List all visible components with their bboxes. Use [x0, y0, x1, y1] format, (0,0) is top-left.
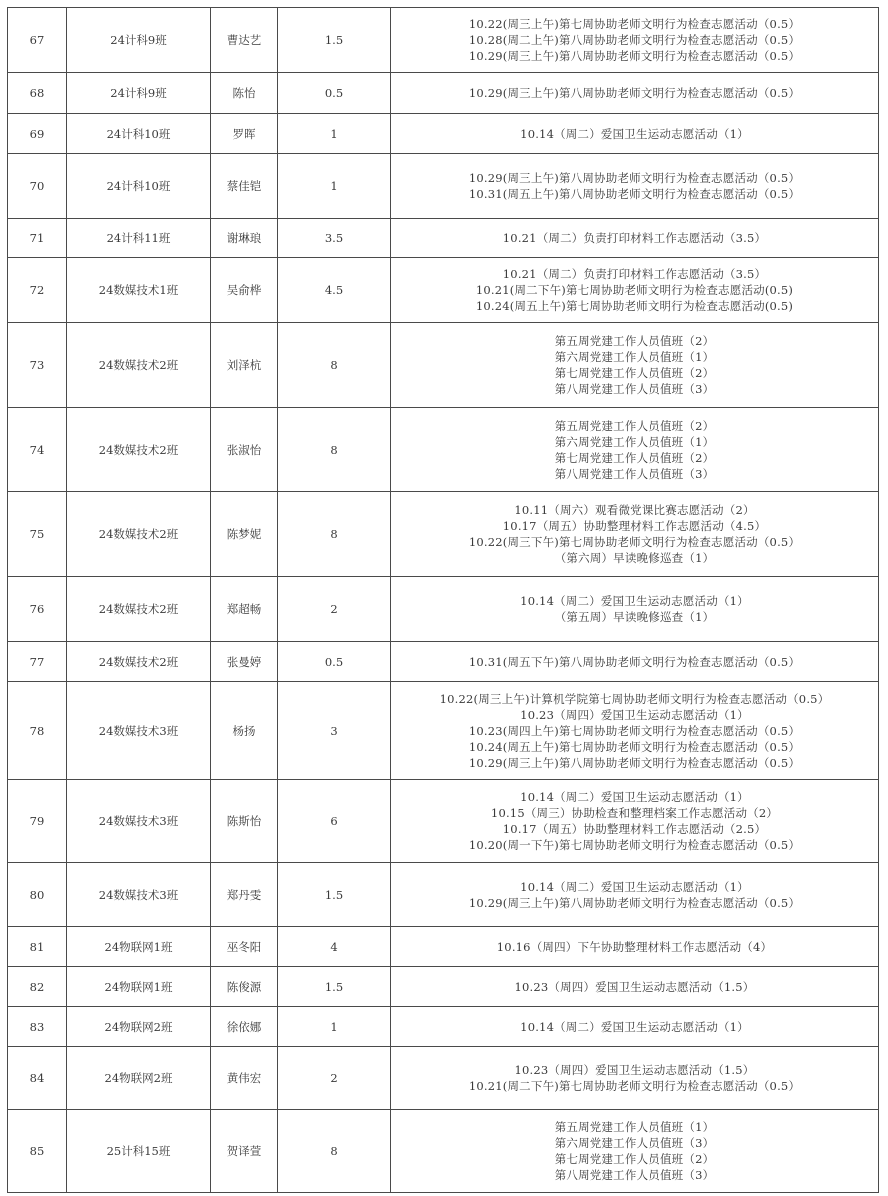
- hours-cell: 4: [278, 927, 391, 967]
- row-number: 73: [30, 358, 45, 372]
- student-name-cell: 黄伟宏: [211, 1047, 278, 1110]
- student-name-cell: 郑超畅: [211, 577, 278, 642]
- class-name: 24物联网2班: [105, 1071, 173, 1085]
- hours-cell: 8: [278, 323, 391, 408]
- volunteer-hours: 3: [330, 724, 337, 738]
- volunteer-hours: 1: [330, 179, 337, 193]
- activities-cell: 10.29(周三上午)第八周协助老师文明行为检查志愿活动（0.5）: [391, 73, 879, 114]
- activity-entry: 第八周党建工作人员值班（3）: [391, 466, 878, 482]
- activities-cell: 10.14（周二）爱国卫生运动志愿活动（1）10.15（周三）协助检查和整理档案…: [391, 780, 879, 863]
- row-number: 84: [30, 1071, 45, 1085]
- student-name: 郑丹雯: [227, 888, 262, 902]
- activities-cell: 10.22(周三上午)第七周协助老师文明行为检查志愿活动（0.5）10.28(周…: [391, 8, 879, 73]
- hours-cell: 2: [278, 1047, 391, 1110]
- class-cell: 24计科9班: [67, 73, 211, 114]
- student-name: 吴俞桦: [227, 283, 262, 297]
- class-cell: 24数媒技术2班: [67, 642, 211, 682]
- row-number-cell: 85: [8, 1110, 67, 1193]
- activity-entry: 10.29(周三上午)第八周协助老师文明行为检查志愿活动（0.5）: [391, 755, 878, 771]
- student-name-cell: 杨扬: [211, 682, 278, 780]
- volunteer-hours: 1: [330, 1020, 337, 1034]
- student-name-cell: 徐依娜: [211, 1007, 278, 1047]
- hours-cell: 1: [278, 1007, 391, 1047]
- row-number-cell: 84: [8, 1047, 67, 1110]
- activity-entry: 10.29(周三上午)第八周协助老师文明行为检查志愿活动（0.5）: [391, 895, 878, 911]
- volunteer-hours: 1.5: [325, 980, 343, 994]
- row-number: 79: [30, 814, 45, 828]
- row-number: 72: [30, 283, 45, 297]
- row-number: 85: [30, 1144, 45, 1158]
- activity-entry: 10.31(周五下午)第八周协助老师文明行为检查志愿活动（0.5）: [391, 654, 878, 670]
- volunteer-hours: 0.5: [325, 655, 343, 669]
- row-number: 69: [30, 127, 45, 141]
- row-number: 76: [30, 602, 45, 616]
- activity-entry: 10.14（周二）爱国卫生运动志愿活动（1）: [391, 879, 878, 895]
- hours-cell: 0.5: [278, 642, 391, 682]
- volunteer-hours-table: 67 24计科9班 曹达艺 1.5 10.22(周三上午)第七周协助老师文明行为…: [7, 7, 879, 1193]
- activity-entry: 10.11（周六）观看微党课比赛志愿活动（2）: [391, 502, 878, 518]
- class-cell: 24计科10班: [67, 154, 211, 219]
- volunteer-hours: 1: [330, 127, 337, 141]
- row-number-cell: 77: [8, 642, 67, 682]
- activity-entry: 第五周党建工作人员值班（2）: [391, 333, 878, 349]
- hours-cell: 8: [278, 408, 391, 492]
- table-row: 73 24数媒技术2班 刘泽杭 8 第五周党建工作人员值班（2）第六周党建工作人…: [8, 323, 879, 408]
- class-name: 24数媒技术2班: [99, 655, 178, 669]
- activity-entry: 10.17（周五）协助整理材料工作志愿活动（4.5）: [391, 518, 878, 534]
- activity-entry: 10.23（周四）爱国卫生运动志愿活动（1.5）: [391, 1062, 878, 1078]
- student-name-cell: 陈斯怡: [211, 780, 278, 863]
- row-number-cell: 70: [8, 154, 67, 219]
- activities-cell: 10.22(周三上午)计算机学院第七周协助老师文明行为检查志愿活动（0.5）10…: [391, 682, 879, 780]
- hours-cell: 4.5: [278, 258, 391, 323]
- class-cell: 24数媒技术2班: [67, 577, 211, 642]
- student-name-cell: 贺译萱: [211, 1110, 278, 1193]
- volunteer-hours: 6: [330, 814, 337, 828]
- class-name: 24计科9班: [110, 86, 166, 100]
- row-number: 71: [30, 231, 45, 245]
- class-cell: 24数媒技术3班: [67, 682, 211, 780]
- activity-entry: 10.29(周三上午)第八周协助老师文明行为检查志愿活动（0.5）: [391, 170, 878, 186]
- class-cell: 24数媒技术2班: [67, 492, 211, 577]
- student-name: 谢琳琅: [227, 231, 262, 245]
- class-cell: 24物联网1班: [67, 927, 211, 967]
- activity-entry: 10.24(周五上午)第七周协助老师文明行为检查志愿活动(0.5): [391, 298, 878, 314]
- volunteer-hours: 1.5: [325, 888, 343, 902]
- row-number-cell: 69: [8, 114, 67, 154]
- class-cell: 24计科9班: [67, 8, 211, 73]
- activities-cell: 10.14（周二）爱国卫生运动志愿活动（1）: [391, 1007, 879, 1047]
- table-row: 80 24数媒技术3班 郑丹雯 1.5 10.14（周二）爱国卫生运动志愿活动（…: [8, 863, 879, 927]
- student-name-cell: 谢琳琅: [211, 219, 278, 258]
- row-number-cell: 74: [8, 408, 67, 492]
- student-name: 陈俊源: [227, 980, 262, 994]
- activity-entry: 第七周党建工作人员值班（2）: [391, 450, 878, 466]
- student-name-cell: 陈怡: [211, 73, 278, 114]
- table-row: 83 24物联网2班 徐依娜 1 10.14（周二）爱国卫生运动志愿活动（1）: [8, 1007, 879, 1047]
- activity-entry: 10.14（周二）爱国卫生运动志愿活动（1）: [391, 789, 878, 805]
- hours-cell: 1: [278, 114, 391, 154]
- table-row: 84 24物联网2班 黄伟宏 2 10.23（周四）爱国卫生运动志愿活动（1.5…: [8, 1047, 879, 1110]
- activity-entry: 10.24(周五上午)第七周协助老师文明行为检查志愿活动（0.5）: [391, 739, 878, 755]
- class-name: 24数媒技术2班: [99, 358, 178, 372]
- student-name: 郑超畅: [227, 602, 262, 616]
- table-row: 67 24计科9班 曹达艺 1.5 10.22(周三上午)第七周协助老师文明行为…: [8, 8, 879, 73]
- student-name-cell: 陈俊源: [211, 967, 278, 1007]
- activity-entry: 10.16（周四）下午协助整理材料工作志愿活动（4）: [391, 939, 878, 955]
- activity-entry: 10.23（周四）爱国卫生运动志愿活动（1.5）: [391, 979, 878, 995]
- class-name: 24数媒技术3班: [99, 724, 178, 738]
- class-name: 24数媒技术2班: [99, 443, 178, 457]
- table-row: 79 24数媒技术3班 陈斯怡 6 10.14（周二）爱国卫生运动志愿活动（1）…: [8, 780, 879, 863]
- volunteer-hours: 2: [330, 602, 337, 616]
- table-row: 78 24数媒技术3班 杨扬 3 10.22(周三上午)计算机学院第七周协助老师…: [8, 682, 879, 780]
- activity-entry: （第五周）早读晚修巡查（1）: [391, 609, 878, 625]
- student-name: 徐依娜: [227, 1020, 262, 1034]
- volunteer-hours: 3.5: [325, 231, 343, 245]
- student-name: 罗晖: [233, 127, 256, 141]
- activities-cell: 10.23（周四）爱国卫生运动志愿活动（1.5）: [391, 967, 879, 1007]
- table-row: 71 24计科11班 谢琳琅 3.5 10.21（周二）负责打印材料工作志愿活动…: [8, 219, 879, 258]
- activity-entry: 10.22(周三上午)第七周协助老师文明行为检查志愿活动（0.5）: [391, 16, 878, 32]
- hours-cell: 3: [278, 682, 391, 780]
- row-number: 80: [30, 888, 45, 902]
- activities-cell: 第五周党建工作人员值班（2）第六周党建工作人员值班（1）第七周党建工作人员值班（…: [391, 408, 879, 492]
- student-name-cell: 陈梦妮: [211, 492, 278, 577]
- class-cell: 25计科15班: [67, 1110, 211, 1193]
- row-number-cell: 73: [8, 323, 67, 408]
- student-name: 贺译萱: [227, 1144, 262, 1158]
- volunteer-hours: 1.5: [325, 33, 343, 47]
- row-number-cell: 67: [8, 8, 67, 73]
- row-number: 78: [30, 724, 45, 738]
- row-number-cell: 81: [8, 927, 67, 967]
- activity-entry: 10.21（周二）负责打印材料工作志愿活动（3.5）: [391, 230, 878, 246]
- class-cell: 24数媒技术2班: [67, 408, 211, 492]
- activities-cell: 10.14（周二）爱国卫生运动志愿活动（1）10.29(周三上午)第八周协助老师…: [391, 863, 879, 927]
- activity-entry: 第六周党建工作人员值班（3）: [391, 1135, 878, 1151]
- class-cell: 24物联网2班: [67, 1047, 211, 1110]
- row-number: 77: [30, 655, 45, 669]
- student-name-cell: 郑丹雯: [211, 863, 278, 927]
- student-name-cell: 张曼婷: [211, 642, 278, 682]
- activities-cell: 10.21（周二）负责打印材料工作志愿活动（3.5）: [391, 219, 879, 258]
- activity-entry: 10.14（周二）爱国卫生运动志愿活动（1）: [391, 593, 878, 609]
- activities-cell: 第五周党建工作人员值班（1）第六周党建工作人员值班（3）第七周党建工作人员值班（…: [391, 1110, 879, 1193]
- activity-entry: 10.28(周二上午)第八周协助老师文明行为检查志愿活动（0.5）: [391, 32, 878, 48]
- activity-entry: 10.29(周三上午)第八周协助老师文明行为检查志愿活动（0.5）: [391, 48, 878, 64]
- activity-entry: 第六周党建工作人员值班（1）: [391, 434, 878, 450]
- row-number-cell: 72: [8, 258, 67, 323]
- student-name: 陈怡: [233, 86, 256, 100]
- activity-entry: 10.23（周四）爱国卫生运动志愿活动（1）: [391, 707, 878, 723]
- class-cell: 24物联网2班: [67, 1007, 211, 1047]
- activity-entry: 10.22(周三上午)计算机学院第七周协助老师文明行为检查志愿活动（0.5）: [391, 691, 878, 707]
- class-cell: 24数媒技术1班: [67, 258, 211, 323]
- table-row: 76 24数媒技术2班 郑超畅 2 10.14（周二）爱国卫生运动志愿活动（1）…: [8, 577, 879, 642]
- row-number: 83: [30, 1020, 45, 1034]
- table-row: 75 24数媒技术2班 陈梦妮 8 10.11（周六）观看微党课比赛志愿活动（2…: [8, 492, 879, 577]
- row-number: 68: [30, 86, 45, 100]
- class-name: 25计科15班: [107, 1144, 171, 1158]
- class-name: 24计科9班: [110, 33, 166, 47]
- hours-cell: 2: [278, 577, 391, 642]
- student-name-cell: 吴俞桦: [211, 258, 278, 323]
- hours-cell: 1.5: [278, 863, 391, 927]
- activities-cell: 10.11（周六）观看微党课比赛志愿活动（2）10.17（周五）协助整理材料工作…: [391, 492, 879, 577]
- activities-cell: 10.29(周三上午)第八周协助老师文明行为检查志愿活动（0.5）10.31(周…: [391, 154, 879, 219]
- activity-entry: 10.14（周二）爱国卫生运动志愿活动（1）: [391, 1019, 878, 1035]
- class-cell: 24数媒技术2班: [67, 323, 211, 408]
- class-cell: 24物联网1班: [67, 967, 211, 1007]
- student-name-cell: 张淑怡: [211, 408, 278, 492]
- hours-cell: 0.5: [278, 73, 391, 114]
- activity-entry: 10.21（周二）负责打印材料工作志愿活动（3.5）: [391, 266, 878, 282]
- activity-entry: 10.15（周三）协助检查和整理档案工作志愿活动（2）: [391, 805, 878, 821]
- student-name: 巫冬阳: [227, 940, 262, 954]
- activity-entry: 10.23(周四上午)第七周协助老师文明行为检查志愿活动（0.5）: [391, 723, 878, 739]
- volunteer-hours: 8: [330, 527, 337, 541]
- student-name: 陈斯怡: [227, 814, 262, 828]
- row-number: 81: [30, 940, 45, 954]
- student-name-cell: 曹达艺: [211, 8, 278, 73]
- activity-entry: 第七周党建工作人员值班（2）: [391, 1151, 878, 1167]
- hours-cell: 1.5: [278, 8, 391, 73]
- student-name-cell: 蔡佳铠: [211, 154, 278, 219]
- row-number-cell: 83: [8, 1007, 67, 1047]
- activities-cell: 第五周党建工作人员值班（2）第六周党建工作人员值班（1）第七周党建工作人员值班（…: [391, 323, 879, 408]
- activities-cell: 10.23（周四）爱国卫生运动志愿活动（1.5）10.21(周二下午)第七周协助…: [391, 1047, 879, 1110]
- activity-entry: 10.20(周一下午)第七周协助老师文明行为检查志愿活动（0.5）: [391, 837, 878, 853]
- activity-entry: 第五周党建工作人员值班（2）: [391, 418, 878, 434]
- row-number-cell: 79: [8, 780, 67, 863]
- student-name: 张曼婷: [227, 655, 262, 669]
- hours-cell: 6: [278, 780, 391, 863]
- class-name: 24计科11班: [107, 231, 171, 245]
- row-number: 67: [30, 33, 45, 47]
- activities-cell: 10.16（周四）下午协助整理材料工作志愿活动（4）: [391, 927, 879, 967]
- table-row: 70 24计科10班 蔡佳铠 1 10.29(周三上午)第八周协助老师文明行为检…: [8, 154, 879, 219]
- hours-cell: 1: [278, 154, 391, 219]
- class-name: 24数媒技术1班: [99, 283, 178, 297]
- activity-entry: 10.29(周三上午)第八周协助老师文明行为检查志愿活动（0.5）: [391, 85, 878, 101]
- table-row: 82 24物联网1班 陈俊源 1.5 10.23（周四）爱国卫生运动志愿活动（1…: [8, 967, 879, 1007]
- activity-entry: 第七周党建工作人员值班（2）: [391, 365, 878, 381]
- activity-entry: 10.17（周五）协助整理材料工作志愿活动（2.5）: [391, 821, 878, 837]
- volunteer-hours: 4.5: [325, 283, 343, 297]
- student-name-cell: 巫冬阳: [211, 927, 278, 967]
- activity-entry: 10.21(周二下午)第七周协助老师文明行为检查志愿活动(0.5): [391, 282, 878, 298]
- row-number-cell: 75: [8, 492, 67, 577]
- class-name: 24物联网2班: [105, 1020, 173, 1034]
- student-name: 张淑怡: [227, 443, 262, 457]
- activity-entry: （第六周）早读晚修巡查（1）: [391, 550, 878, 566]
- activity-entry: 10.21(周二下午)第七周协助老师文明行为检查志愿活动（0.5）: [391, 1078, 878, 1094]
- table-row: 85 25计科15班 贺译萱 8 第五周党建工作人员值班（1）第六周党建工作人员…: [8, 1110, 879, 1193]
- class-name: 24物联网1班: [105, 980, 173, 994]
- class-name: 24物联网1班: [105, 940, 173, 954]
- activity-entry: 第五周党建工作人员值班（1）: [391, 1119, 878, 1135]
- volunteer-hours: 4: [330, 940, 337, 954]
- row-number-cell: 71: [8, 219, 67, 258]
- activities-cell: 10.21（周二）负责打印材料工作志愿活动（3.5）10.21(周二下午)第七周…: [391, 258, 879, 323]
- activity-entry: 第八周党建工作人员值班（3）: [391, 1167, 878, 1183]
- student-name-cell: 刘泽杭: [211, 323, 278, 408]
- volunteer-hours: 8: [330, 1144, 337, 1158]
- activities-cell: 10.31(周五下午)第八周协助老师文明行为检查志愿活动（0.5）: [391, 642, 879, 682]
- class-cell: 24计科11班: [67, 219, 211, 258]
- class-name: 24数媒技术3班: [99, 814, 178, 828]
- volunteer-hours: 8: [330, 358, 337, 372]
- table-row: 77 24数媒技术2班 张曼婷 0.5 10.31(周五下午)第八周协助老师文明…: [8, 642, 879, 682]
- row-number-cell: 78: [8, 682, 67, 780]
- table-body: 67 24计科9班 曹达艺 1.5 10.22(周三上午)第七周协助老师文明行为…: [8, 8, 879, 1193]
- activity-entry: 10.14（周二）爱国卫生运动志愿活动（1）: [391, 126, 878, 142]
- student-name: 蔡佳铠: [227, 179, 262, 193]
- class-name: 24数媒技术2班: [99, 527, 178, 541]
- activities-cell: 10.14（周二）爱国卫生运动志愿活动（1）: [391, 114, 879, 154]
- volunteer-hours: 8: [330, 443, 337, 457]
- row-number: 75: [30, 527, 45, 541]
- row-number-cell: 82: [8, 967, 67, 1007]
- hours-cell: 8: [278, 492, 391, 577]
- hours-cell: 8: [278, 1110, 391, 1193]
- activity-entry: 10.31(周五上午)第八周协助老师文明行为检查志愿活动（0.5）: [391, 186, 878, 202]
- table-row: 74 24数媒技术2班 张淑怡 8 第五周党建工作人员值班（2）第六周党建工作人…: [8, 408, 879, 492]
- student-name: 刘泽杭: [227, 358, 262, 372]
- student-name: 黄伟宏: [227, 1071, 262, 1085]
- volunteer-hours: 0.5: [325, 86, 343, 100]
- student-name: 曹达艺: [227, 33, 262, 47]
- class-name: 24数媒技术3班: [99, 888, 178, 902]
- class-name: 24计科10班: [107, 179, 171, 193]
- volunteer-hours: 2: [330, 1071, 337, 1085]
- row-number: 70: [30, 179, 45, 193]
- row-number: 74: [30, 443, 45, 457]
- row-number-cell: 76: [8, 577, 67, 642]
- hours-cell: 3.5: [278, 219, 391, 258]
- class-cell: 24计科10班: [67, 114, 211, 154]
- student-name-cell: 罗晖: [211, 114, 278, 154]
- activity-entry: 第六周党建工作人员值班（1）: [391, 349, 878, 365]
- table-row: 81 24物联网1班 巫冬阳 4 10.16（周四）下午协助整理材料工作志愿活动…: [8, 927, 879, 967]
- row-number: 82: [30, 980, 45, 994]
- class-name: 24计科10班: [107, 127, 171, 141]
- class-cell: 24数媒技术3班: [67, 780, 211, 863]
- activities-cell: 10.14（周二）爱国卫生运动志愿活动（1）（第五周）早读晚修巡查（1）: [391, 577, 879, 642]
- student-name: 陈梦妮: [227, 527, 262, 541]
- row-number-cell: 68: [8, 73, 67, 114]
- activity-entry: 第八周党建工作人员值班（3）: [391, 381, 878, 397]
- class-cell: 24数媒技术3班: [67, 863, 211, 927]
- activity-entry: 10.22(周三下午)第七周协助老师文明行为检查志愿活动（0.5）: [391, 534, 878, 550]
- table-row: 69 24计科10班 罗晖 1 10.14（周二）爱国卫生运动志愿活动（1）: [8, 114, 879, 154]
- hours-cell: 1.5: [278, 967, 391, 1007]
- class-name: 24数媒技术2班: [99, 602, 178, 616]
- table-row: 72 24数媒技术1班 吴俞桦 4.5 10.21（周二）负责打印材料工作志愿活…: [8, 258, 879, 323]
- row-number-cell: 80: [8, 863, 67, 927]
- table-row: 68 24计科9班 陈怡 0.5 10.29(周三上午)第八周协助老师文明行为检…: [8, 73, 879, 114]
- student-name: 杨扬: [233, 724, 256, 738]
